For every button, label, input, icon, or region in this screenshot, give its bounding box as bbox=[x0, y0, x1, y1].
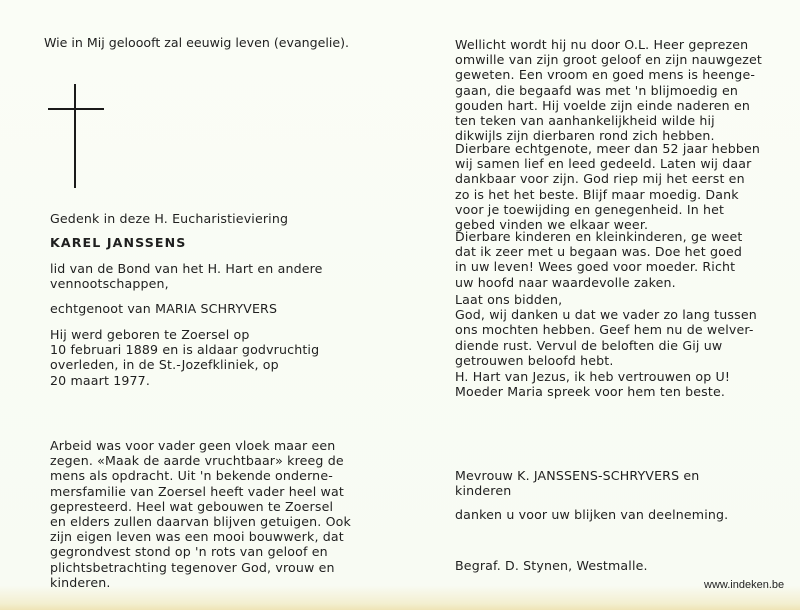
spouse-text: echtgenoot van MARIA SCHRYVERS bbox=[50, 301, 390, 316]
work-paragraph: Arbeid was voor vader geen vloek maar ee… bbox=[50, 438, 390, 590]
latin-cross-icon bbox=[48, 84, 104, 188]
website-watermark: www.indeken.be bbox=[704, 579, 784, 591]
gospel-motto: Wie in Mij geloooft zal eeuwig leven (ev… bbox=[44, 35, 349, 50]
family-signature: Mevrouw K. JANSSENS-SCHRYVERS en kindere… bbox=[455, 468, 795, 498]
spouse-paragraph: Dierbare echtgenote, meer dan 52 jaar he… bbox=[455, 141, 795, 232]
undertaker-text: Begraf. D. Stynen, Westmalle. bbox=[455, 558, 795, 573]
cross-horizontal-bar bbox=[48, 108, 104, 110]
remembrance-line: Gedenk in deze H. Eucharistieviering bbox=[50, 211, 390, 226]
membership-text: lid van de Bond van het H. Hart en ander… bbox=[50, 261, 390, 291]
memorial-card: Wie in Mij geloooft zal eeuwig leven (ev… bbox=[0, 0, 800, 610]
prayer-paragraph: Laat ons bidden, God, wij danken u dat w… bbox=[455, 292, 795, 368]
praise-paragraph: Wellicht wordt hij nu door O.L. Heer gep… bbox=[455, 37, 795, 143]
invocation-paragraph: H. Hart van Jezus, ik heb vertrouwen op … bbox=[455, 369, 795, 399]
birth-death-text: Hij werd geboren te Zoersel op 10 februa… bbox=[50, 327, 390, 388]
cross-vertical-bar bbox=[74, 84, 76, 188]
thanks-text: danken u voor uw blijken van deelneming. bbox=[455, 507, 795, 522]
deceased-name: KAREL JANSSENS bbox=[50, 235, 390, 250]
children-paragraph: Dierbare kinderen en kleinkinderen, ge w… bbox=[455, 229, 795, 290]
